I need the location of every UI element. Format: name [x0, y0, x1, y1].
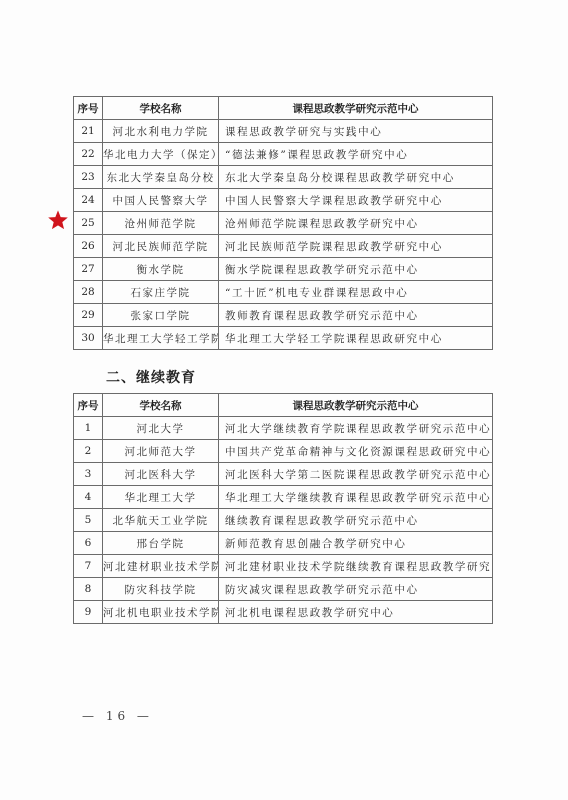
center-name: “德法兼修”课程思政教学研究中心 [219, 143, 493, 166]
center-name: “工十匠”机电专业群课程思政中心 [219, 281, 493, 304]
header-index: 序号 [74, 97, 103, 120]
center-name: 华北理工大学轻工学院课程思政研究中心 [219, 327, 493, 350]
table-row: 29张家口学院教师教育课程思政教学研究示范中心 [74, 304, 493, 327]
row-index: 8 [74, 578, 103, 601]
table-row: 3河北医科大学河北医科大学第二医院课程思政教学研究示范中心 [74, 463, 493, 486]
center-name: 河北机电课程思政教学研究中心 [219, 601, 493, 624]
table-row: 9河北机电职业技术学院河北机电课程思政教学研究中心 [74, 601, 493, 624]
section-title-continuing-education: 二、继续教育 [106, 367, 196, 387]
header-center: 课程思政教学研究示范中心 [219, 97, 493, 120]
table-header-row: 序号 学校名称 课程思政教学研究示范中心 [74, 394, 493, 417]
table-row: 2河北师范大学中国共产党革命精神与文化资源课程思政研究中心 [74, 440, 493, 463]
center-name: 课程思政教学研究与实践中心 [219, 120, 493, 143]
center-name: 沧州师范学院课程思政教学研究中心 [219, 212, 493, 235]
table-row: 5北华航天工业学院继续教育课程思政教学研究示范中心 [74, 509, 493, 532]
table-row: 26河北民族师范学院河北民族师范学院课程思政教学研究中心 [74, 235, 493, 258]
row-index: 27 [74, 258, 103, 281]
row-index: 26 [74, 235, 103, 258]
table-row: 24中国人民警察大学中国人民警察大学课程思政教学研究中心 [74, 189, 493, 212]
school-name: 华北理工大学 [103, 486, 219, 509]
school-name: 沧州师范学院 [103, 212, 219, 235]
school-name: 张家口学院 [103, 304, 219, 327]
school-name: 河北机电职业技术学院 [103, 601, 219, 624]
row-index: 22 [74, 143, 103, 166]
row-index: 9 [74, 601, 103, 624]
star-icon [47, 209, 69, 231]
row-index: 24 [74, 189, 103, 212]
center-name: 河北大学继续教育学院课程思政教学研究示范中心 [219, 417, 493, 440]
school-name: 华北电力大学（保定） [103, 143, 219, 166]
center-name: 河北建材职业技术学院继续教育课程思政教学研究中心 [219, 555, 493, 578]
school-name: 中国人民警察大学 [103, 189, 219, 212]
table-header-row: 序号 学校名称 课程思政教学研究示范中心 [74, 97, 493, 120]
row-index: 28 [74, 281, 103, 304]
row-index: 30 [74, 327, 103, 350]
table-row: 30华北理工大学轻工学院华北理工大学轻工学院课程思政研究中心 [74, 327, 493, 350]
row-index: 25 [74, 212, 103, 235]
row-index: 1 [74, 417, 103, 440]
school-name: 河北师范大学 [103, 440, 219, 463]
center-name: 东北大学秦皇岛分校课程思政教学研究中心 [219, 166, 493, 189]
table-row: 7河北建材职业技术学院河北建材职业技术学院继续教育课程思政教学研究中心 [74, 555, 493, 578]
row-index: 2 [74, 440, 103, 463]
table-row: 1河北大学河北大学继续教育学院课程思政教学研究示范中心 [74, 417, 493, 440]
center-name: 衡水学院课程思政教学研究示范中心 [219, 258, 493, 281]
school-name: 石家庄学院 [103, 281, 219, 304]
center-name: 教师教育课程思政教学研究示范中心 [219, 304, 493, 327]
table-row: 4华北理工大学华北理工大学继续教育课程思政教学研究示范中心 [74, 486, 493, 509]
table-row: 28石家庄学院“工十匠”机电专业群课程思政中心 [74, 281, 493, 304]
centers-table-1: 序号 学校名称 课程思政教学研究示范中心 21河北水利电力学院课程思政教学研究与… [73, 96, 493, 350]
header-school: 学校名称 [103, 97, 219, 120]
row-index: 21 [74, 120, 103, 143]
row-index: 3 [74, 463, 103, 486]
centers-table-2: 序号 学校名称 课程思政教学研究示范中心 1河北大学河北大学继续教育学院课程思政… [73, 393, 493, 624]
center-name: 河北民族师范学院课程思政教学研究中心 [219, 235, 493, 258]
center-name: 新师范教育思创融合教学研究中心 [219, 532, 493, 555]
row-index: 23 [74, 166, 103, 189]
school-name: 河北水利电力学院 [103, 120, 219, 143]
page-number: — 16 — [82, 709, 153, 723]
table-row: 8防灾科技学院防灾减灾课程思政教学研究示范中心 [74, 578, 493, 601]
table-row: 25沧州师范学院沧州师范学院课程思政教学研究中心 [74, 212, 493, 235]
row-index: 4 [74, 486, 103, 509]
table-row: 22华北电力大学（保定）“德法兼修”课程思政教学研究中心 [74, 143, 493, 166]
header-center: 课程思政教学研究示范中心 [219, 394, 493, 417]
row-index: 5 [74, 509, 103, 532]
school-name: 河北医科大学 [103, 463, 219, 486]
school-name: 防灾科技学院 [103, 578, 219, 601]
center-name: 继续教育课程思政教学研究示范中心 [219, 509, 493, 532]
school-name: 河北建材职业技术学院 [103, 555, 219, 578]
center-name: 河北医科大学第二医院课程思政教学研究示范中心 [219, 463, 493, 486]
school-name: 邢台学院 [103, 532, 219, 555]
center-name: 中国共产党革命精神与文化资源课程思政研究中心 [219, 440, 493, 463]
school-name: 华北理工大学轻工学院 [103, 327, 219, 350]
row-index: 6 [74, 532, 103, 555]
school-name: 衡水学院 [103, 258, 219, 281]
table-row: 21河北水利电力学院课程思政教学研究与实践中心 [74, 120, 493, 143]
table-row: 27衡水学院衡水学院课程思政教学研究示范中心 [74, 258, 493, 281]
school-name: 东北大学秦皇岛分校 [103, 166, 219, 189]
center-name: 防灾减灾课程思政教学研究示范中心 [219, 578, 493, 601]
table-row: 23东北大学秦皇岛分校东北大学秦皇岛分校课程思政教学研究中心 [74, 166, 493, 189]
school-name: 河北民族师范学院 [103, 235, 219, 258]
table-row: 6邢台学院新师范教育思创融合教学研究中心 [74, 532, 493, 555]
row-index: 29 [74, 304, 103, 327]
header-school: 学校名称 [103, 394, 219, 417]
row-index: 7 [74, 555, 103, 578]
center-name: 中国人民警察大学课程思政教学研究中心 [219, 189, 493, 212]
school-name: 北华航天工业学院 [103, 509, 219, 532]
center-name: 华北理工大学继续教育课程思政教学研究示范中心 [219, 486, 493, 509]
school-name: 河北大学 [103, 417, 219, 440]
header-index: 序号 [74, 394, 103, 417]
